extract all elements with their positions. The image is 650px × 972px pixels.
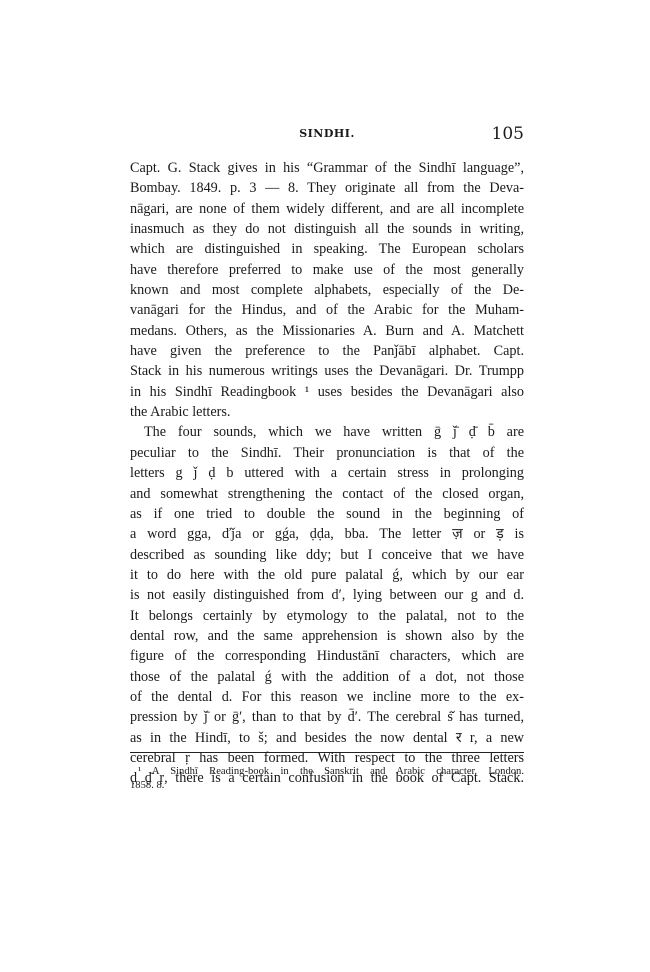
text-line: which are distinguished in speaking. The…: [130, 239, 524, 259]
text-line: have therefore preferred to make use of …: [130, 260, 524, 280]
text-line: known and most complete alphabets, espec…: [130, 280, 524, 300]
text-line: described as sounding like ddy; but I co…: [130, 545, 524, 565]
text-line: peculiar to the Sindhī. Their pronunciat…: [130, 443, 524, 463]
book-page: SINDHI. 105 Capt. G. Stack gives in his …: [0, 0, 650, 972]
footnote-line: 1858. 8.: [130, 779, 524, 793]
text-line: Bombay. 1849. p. 3 — 8. They originate a…: [130, 178, 524, 198]
body-text: Capt. G. Stack gives in his “Grammar of …: [130, 158, 524, 789]
text-line: vanāgari for the Hindus, and of the Arab…: [130, 300, 524, 320]
text-line: letters g ǰ ḍ b uttered with a certain s…: [130, 463, 524, 483]
footnotes: ¹ A Sindhī Reading-book in the Sanskrit …: [130, 765, 524, 793]
text-line: pression by ǰ̄ or ḡ′, than to that by d̄…: [130, 707, 524, 727]
text-line: dental row, and the same apprehension is…: [130, 626, 524, 646]
text-line: as in the Hindī, to š; and besides the n…: [130, 728, 524, 748]
text-line: a word gga, ďǰa or gǵa, ḍḍa, bba. The le…: [130, 524, 524, 544]
text-line: have given the preference to the Panǰābī…: [130, 341, 524, 361]
text-line: figure of the corresponding Hindustānī c…: [130, 646, 524, 666]
text-line: It belongs certainly by etymology to the…: [130, 606, 524, 626]
text-line: the Arabic letters.: [130, 402, 524, 422]
text-line: in his Sindhī Readingbook ¹ uses besides…: [130, 382, 524, 402]
text-line: those of the palatal ǵ with the addition…: [130, 667, 524, 687]
text-line: nāgari, are none of them widely differen…: [130, 199, 524, 219]
text-line: inasmuch as they do not distinguish all …: [130, 219, 524, 239]
running-head: SINDHI. 105: [130, 124, 524, 146]
text-line: The four sounds, which we have written ḡ…: [130, 422, 524, 442]
text-line: and somewhat strengthening the contact o…: [130, 484, 524, 504]
text-line: of the dental d. For this reason we incl…: [130, 687, 524, 707]
footnote-line: ¹ A Sindhī Reading-book in the Sanskrit …: [130, 765, 524, 779]
running-title: SINDHI.: [130, 127, 524, 140]
text-line: Capt. G. Stack gives in his “Grammar of …: [130, 158, 524, 178]
text-line: medans. Others, as the Missionaries A. B…: [130, 321, 524, 341]
page-number: 105: [492, 124, 524, 144]
text-line: it to do here with the old pure palatal …: [130, 565, 524, 585]
footnote-divider: [130, 752, 524, 753]
text-line: is not easily distinguished from d′, lyi…: [130, 585, 524, 605]
text-line: Stack in his numerous writings uses the …: [130, 361, 524, 381]
text-line: as if one tried to double the sound in t…: [130, 504, 524, 524]
